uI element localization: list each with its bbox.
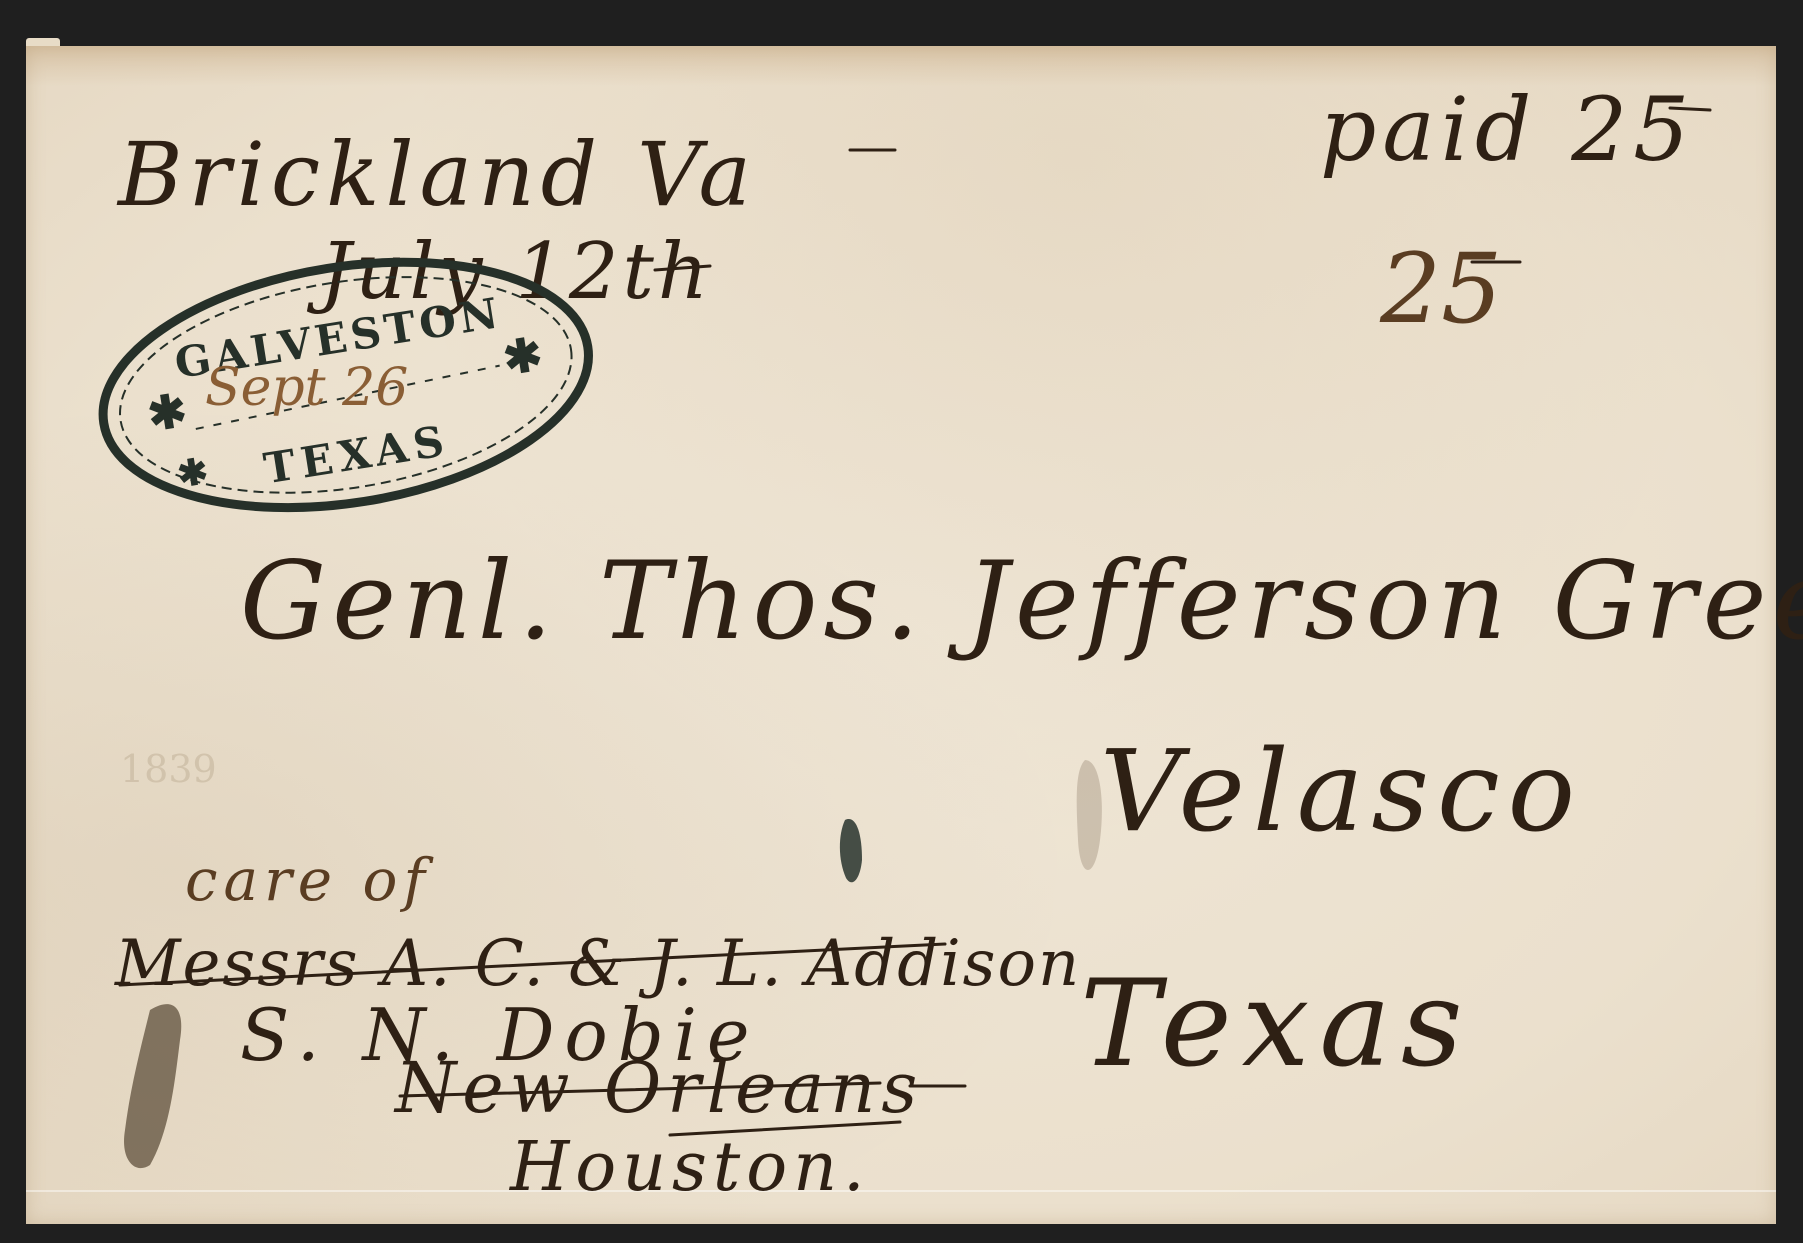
paid-marking: paid 25: [1320, 78, 1695, 181]
care-of-label: care of: [185, 846, 434, 914]
ornament-star-icon: ✱: [144, 383, 191, 442]
forwarder-line-4: Houston.: [508, 1128, 871, 1207]
cover-markings: Brickland Va July 12th paid 25 25 GALVES…: [0, 0, 1803, 1243]
paid-superscript: [1670, 108, 1710, 110]
address-town: Velasco: [1100, 727, 1583, 857]
forwarder-line-1: Messrs A. C. & J. L. Addison: [114, 927, 1081, 1001]
origin-place: Brickland Va: [116, 123, 757, 226]
rate-numeral: 25: [1379, 233, 1502, 345]
origin-date: July 12th: [306, 227, 712, 317]
ink-blot: [840, 819, 862, 882]
addressee-name: Genl. Thos. Jefferson Greene: [240, 539, 1803, 664]
ornament-star-icon: ✱: [175, 450, 211, 496]
ornament-star-icon: ✱: [499, 326, 546, 385]
address-state: Texas: [1080, 955, 1473, 1094]
ink-smudge: [124, 1004, 181, 1168]
faint-year-marking: 1839: [120, 747, 217, 791]
postmark-state: TEXAS: [260, 416, 453, 494]
stain: [1077, 760, 1102, 870]
postmark-date: Sept 26: [205, 358, 408, 418]
